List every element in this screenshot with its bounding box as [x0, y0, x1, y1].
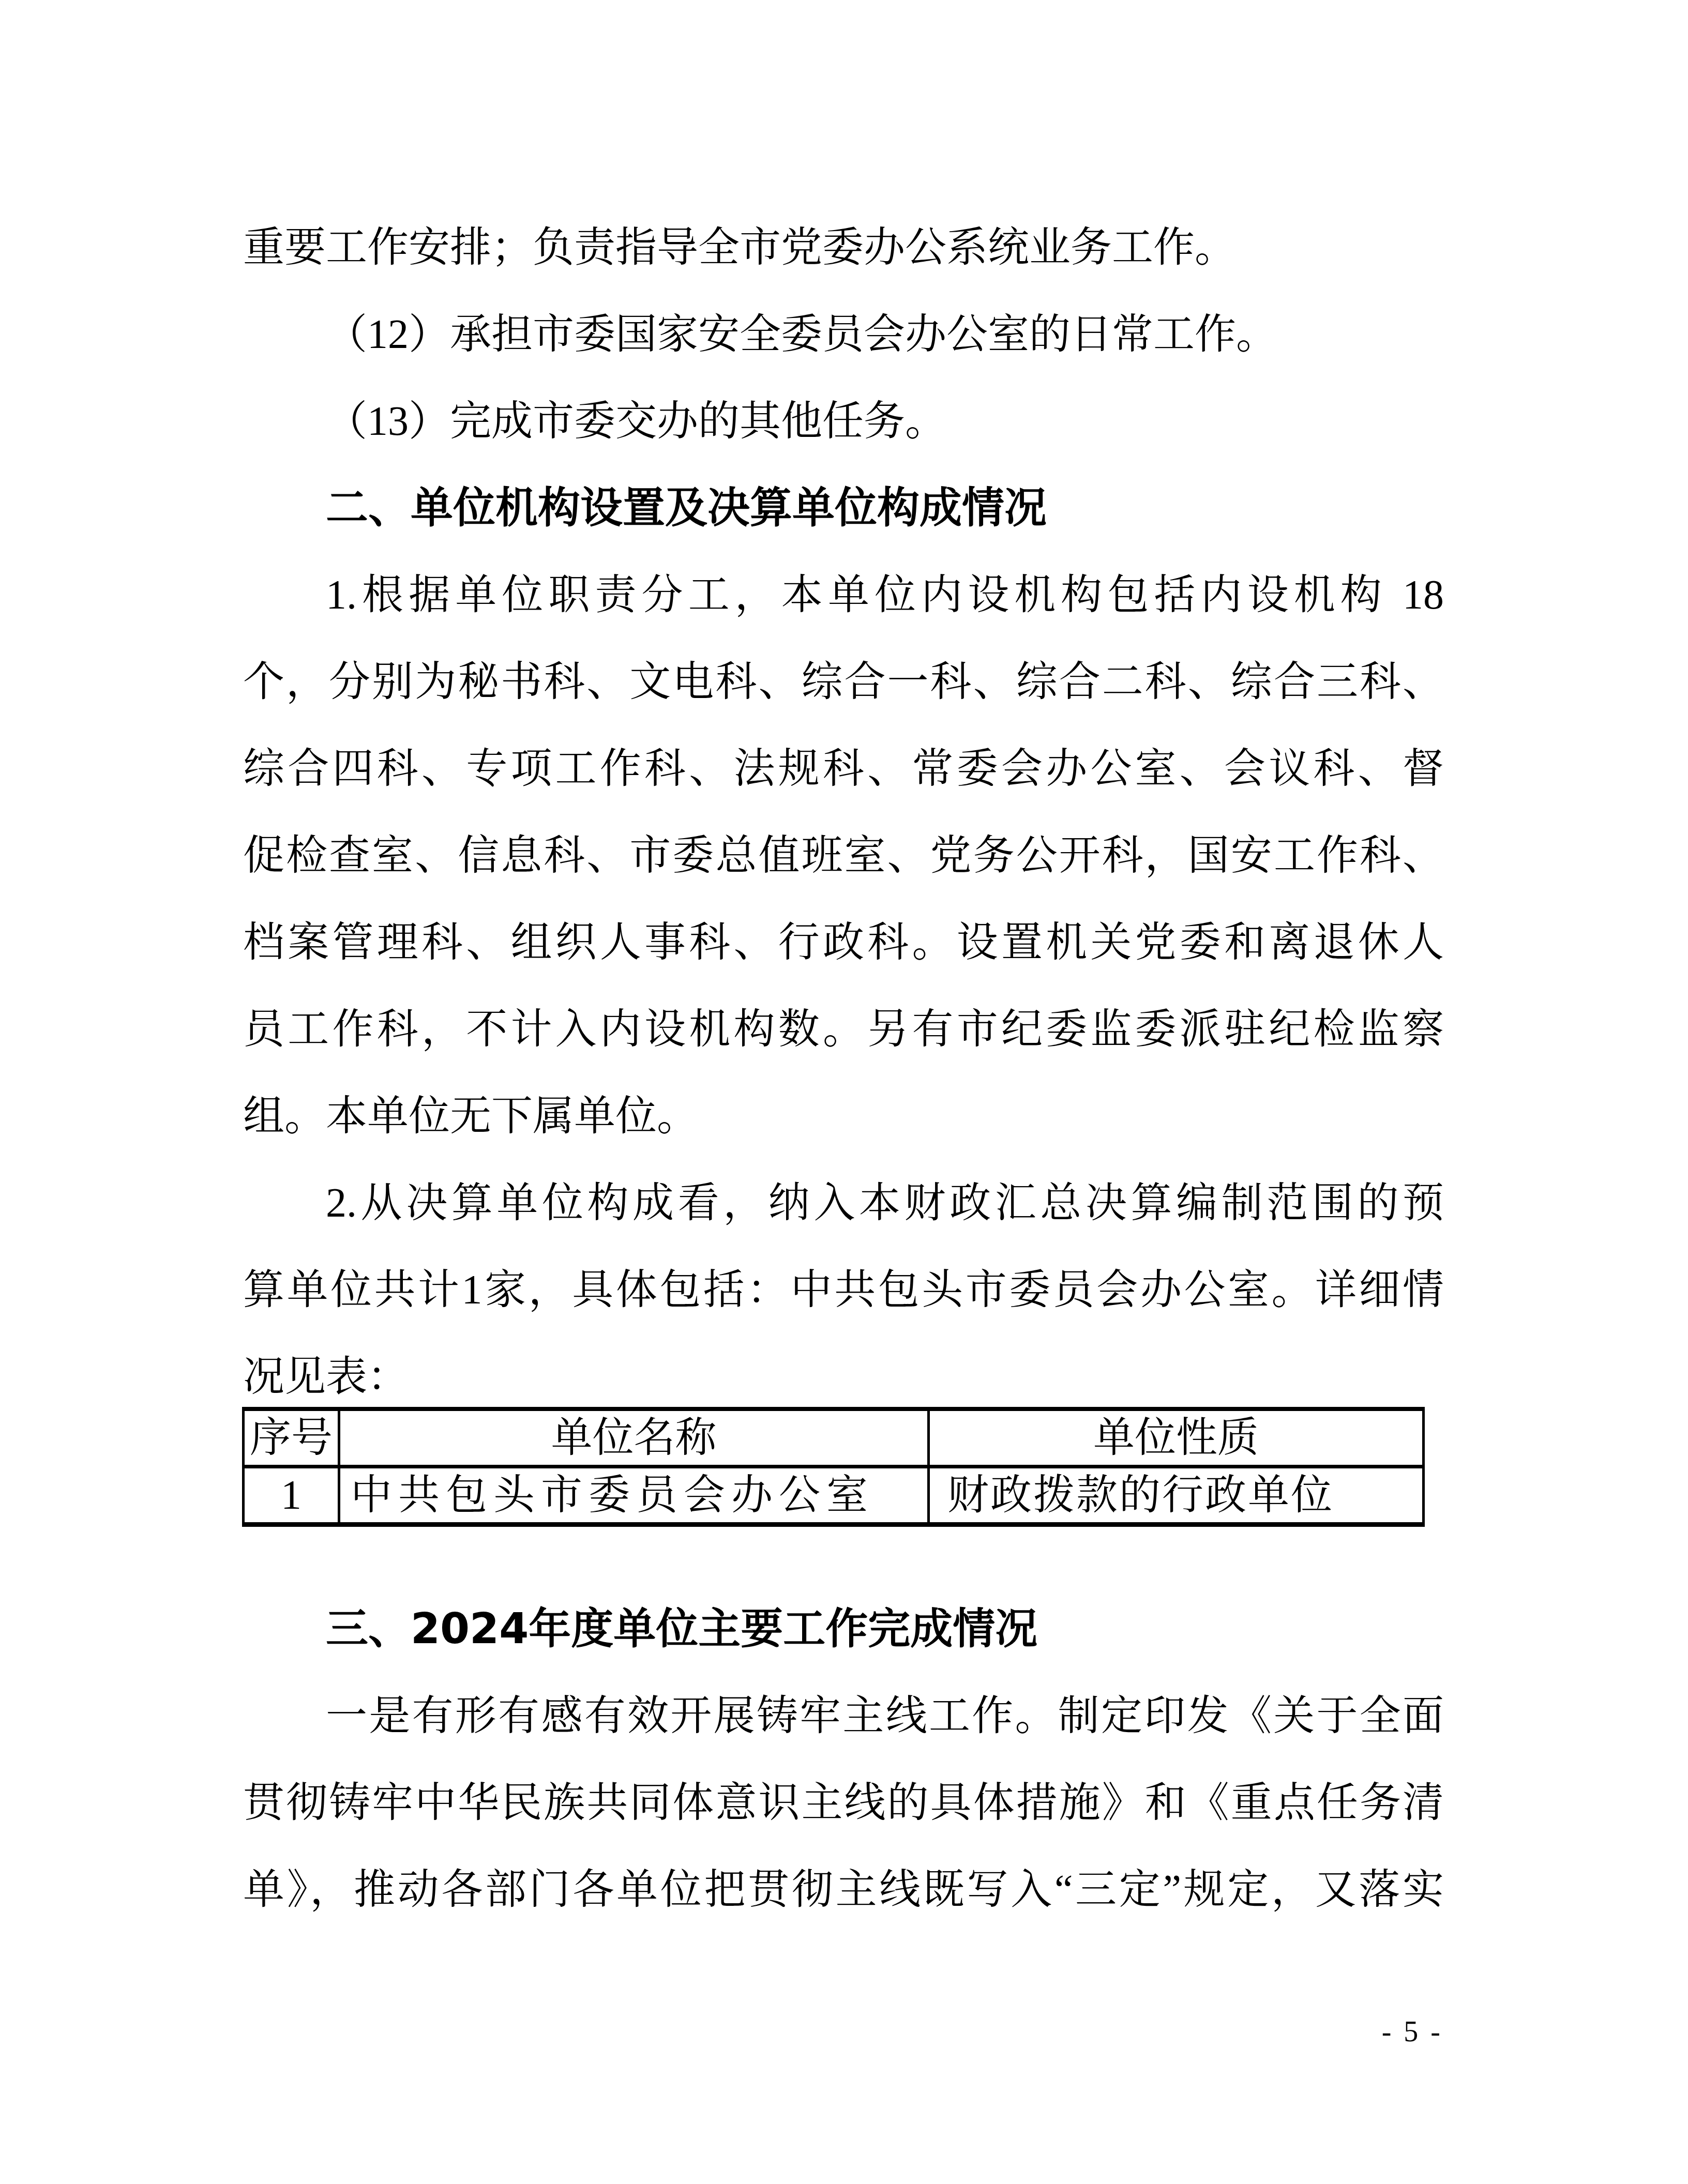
table-cell-index: 1 — [244, 1467, 339, 1525]
units-table: 序号 单位名称 单位性质 1 中共包头市委员会办公室 财政拨款的行政单位 — [242, 1407, 1425, 1527]
body-line: 综合四科、专项工作科、法规科、常委会办公室、会议科、督 — [243, 725, 1444, 812]
table-header-row: 序号 单位名称 单位性质 — [244, 1409, 1424, 1467]
body-line: 员工作科，不计入内设机构数。另有市纪委监委派驻纪检监察 — [243, 986, 1444, 1073]
section-heading-2: 二、单位机构设置及决算单位构成情况 — [243, 465, 1444, 552]
document-content: 重要工作安排；负责指导全市党委办公系统业务工作。 （12）承担市委国家安全委员会… — [243, 204, 1444, 1933]
page-number: - 5 - — [1382, 2018, 1443, 2046]
section-heading-3: 三、2024年度单位主要工作完成情况 — [243, 1586, 1444, 1673]
body-line: 算单位共计1家，具体包括：中共包头市委员会办公室。详细情 — [243, 1247, 1444, 1333]
body-line: 组。本单位无下属单位。 — [243, 1073, 1444, 1160]
body-line: 贯彻铸牢中华民族共同体意识主线的具体措施》和《重点任务清 — [243, 1760, 1444, 1846]
body-line: 1.根据单位职责分工，本单位内设机构包括内设机构 18 — [243, 552, 1444, 639]
body-line: 档案管理科、组织人事科、行政科。设置机关党委和离退休人 — [243, 899, 1444, 986]
body-line: 促检查室、信息科、市委总值班室、党务公开科，国安工作科、 — [243, 812, 1444, 899]
table-header-unit-type: 单位性质 — [929, 1409, 1424, 1467]
body-line-item-13: （13）完成市委交办的其他任务。 — [243, 378, 1444, 465]
body-line: 一是有形有感有效开展铸牢主线工作。制定印发《关于全面 — [243, 1673, 1444, 1760]
body-line: 单》，推动各部门各单位把贯彻主线既写入“三定”规定，又落实 — [243, 1846, 1444, 1933]
body-line: 重要工作安排；负责指导全市党委办公系统业务工作。 — [243, 204, 1444, 291]
body-line: 2.从决算单位构成看，纳入本财政汇总决算编制范围的预 — [243, 1160, 1444, 1247]
body-line-item-12: （12）承担市委国家安全委员会办公室的日常工作。 — [243, 291, 1444, 378]
table-header-index: 序号 — [244, 1409, 339, 1467]
table-cell-unit-name: 中共包头市委员会办公室 — [339, 1467, 929, 1525]
table-header-unit-name: 单位名称 — [339, 1409, 929, 1467]
table-cell-unit-type: 财政拨款的行政单位 — [929, 1467, 1424, 1525]
table-row: 1 中共包头市委员会办公室 财政拨款的行政单位 — [244, 1467, 1424, 1525]
body-line: 个，分别为秘书科、文电科、综合一科、综合二科、综合三科、 — [243, 639, 1444, 725]
